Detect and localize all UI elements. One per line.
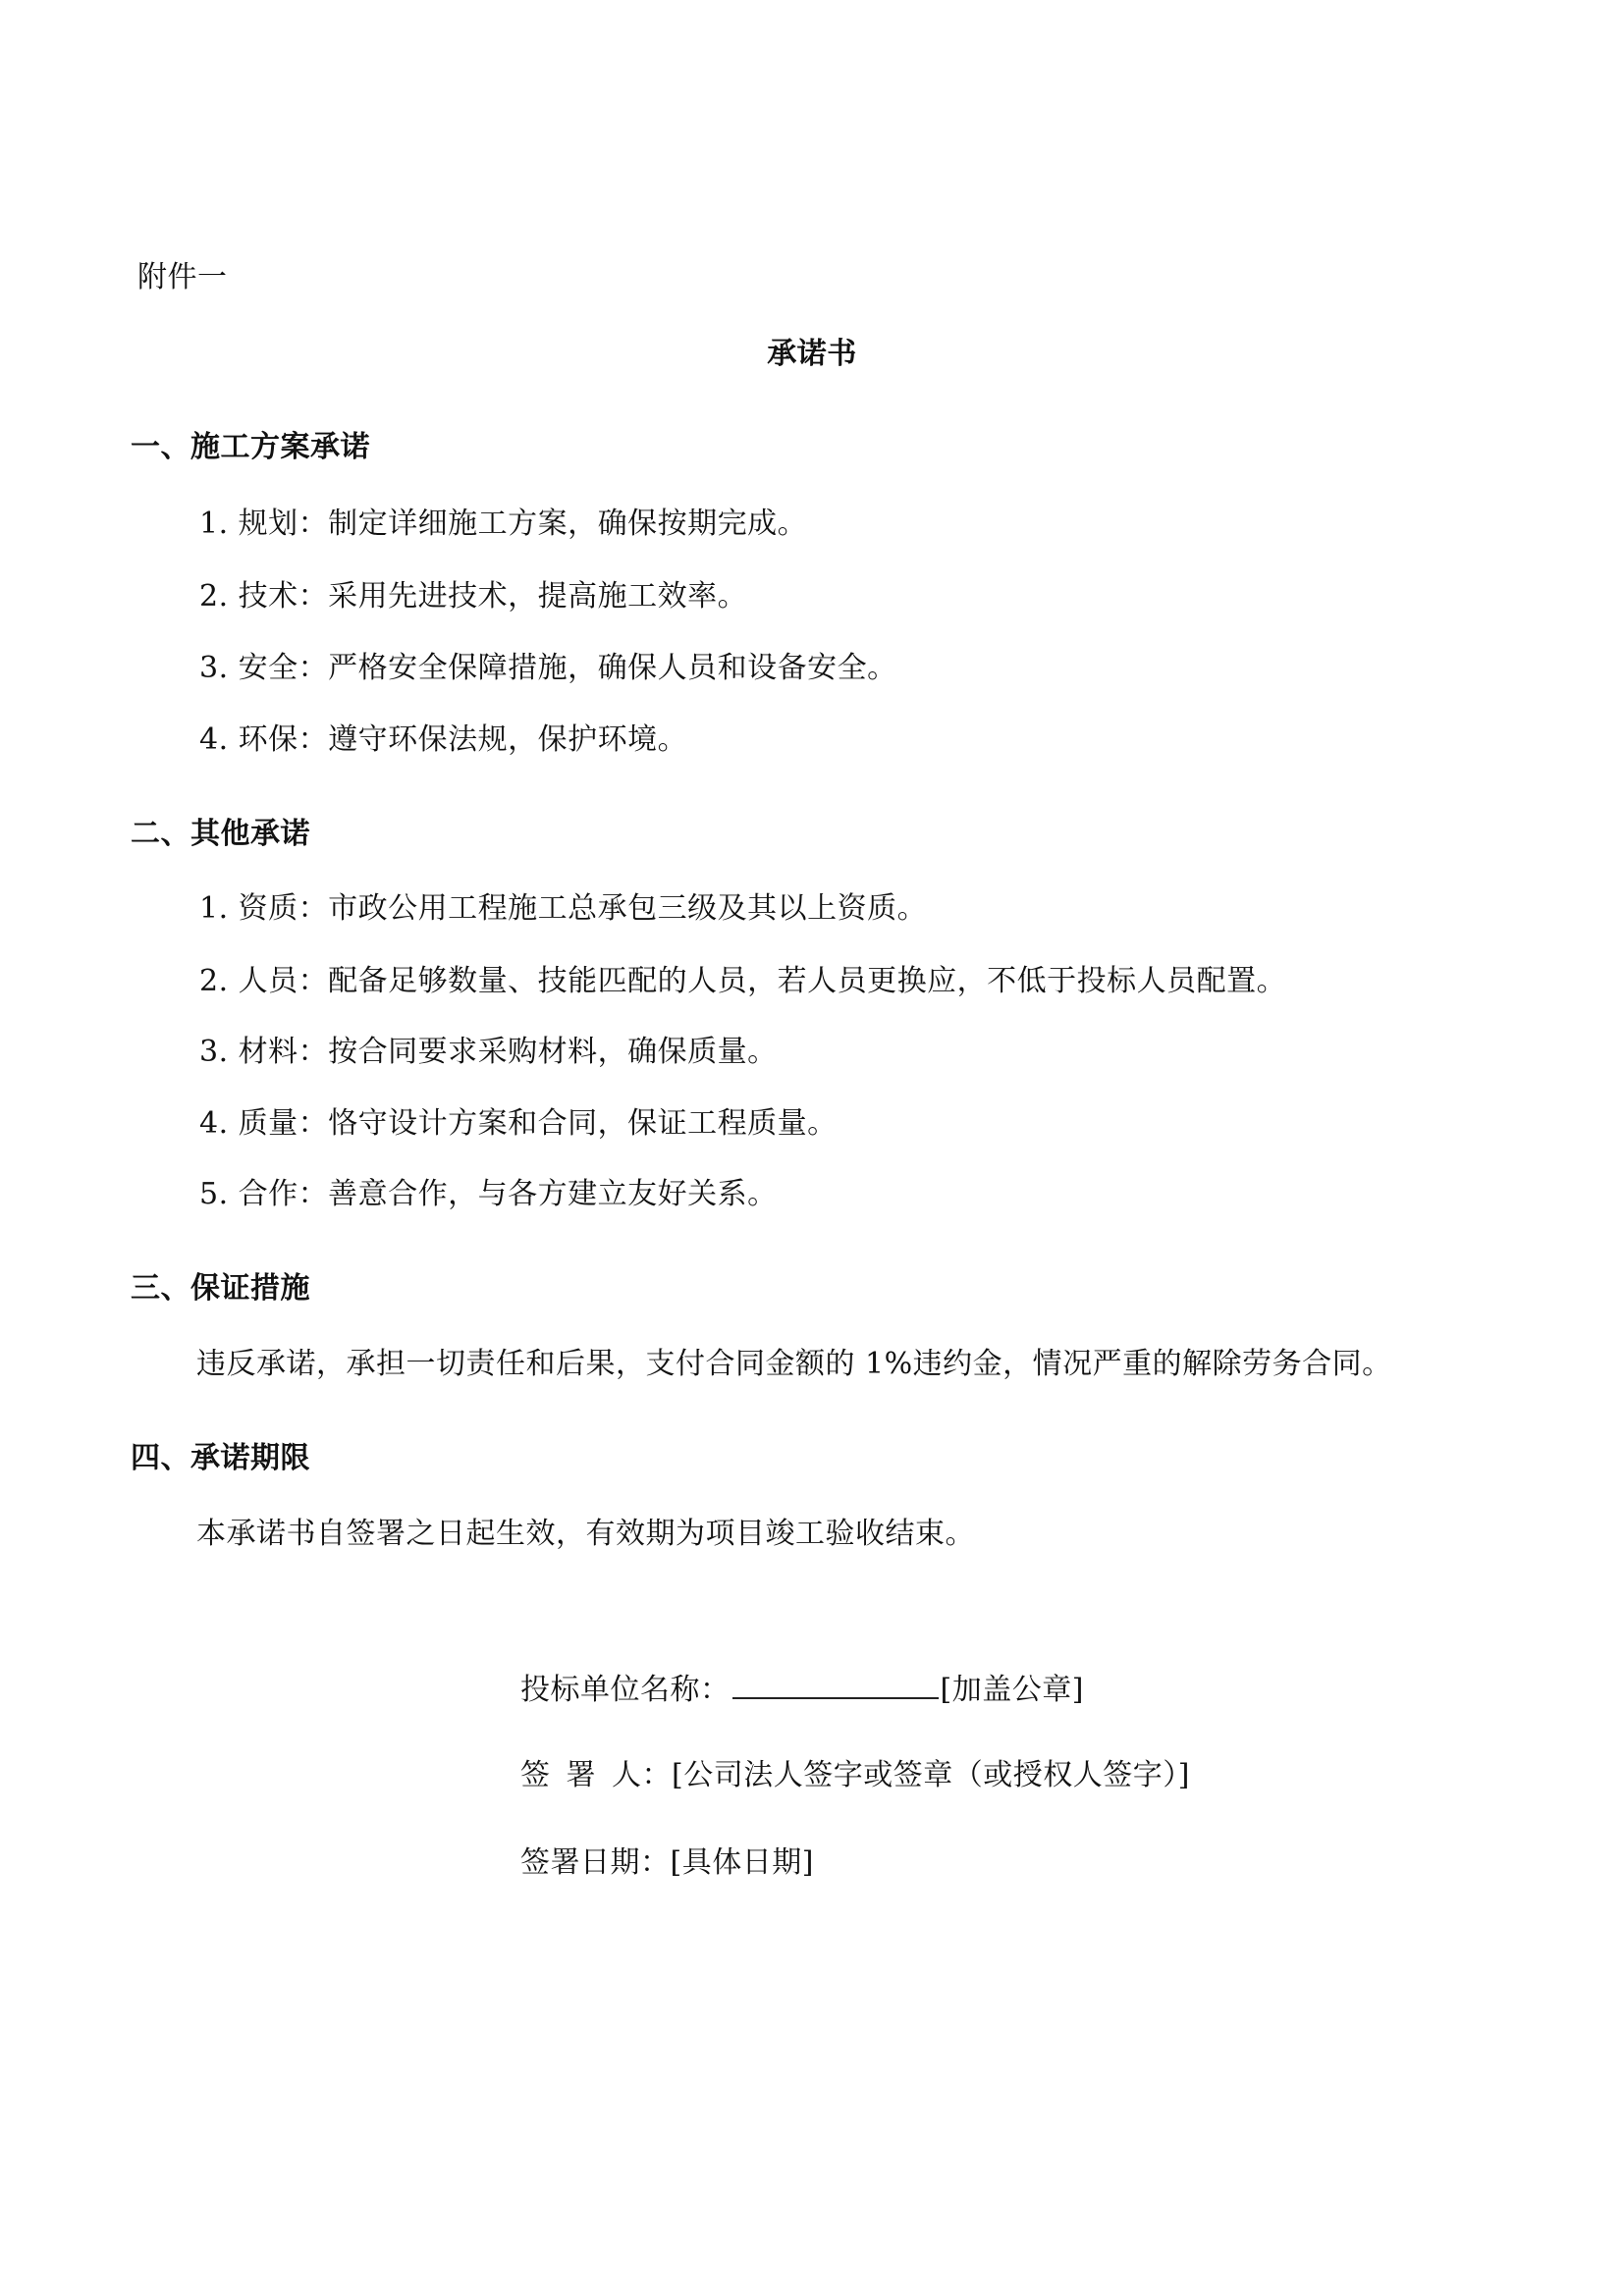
item-number: 5. <box>199 1177 229 1212</box>
company-seal-note: [加盖公章] <box>941 1673 1084 1707</box>
item-text: 质量：恪守设计方案和合同，保证工程质量。 <box>239 1106 838 1141</box>
section-heading-guarantee-measures: 三、保证措施 <box>131 1271 310 1307</box>
item-text: 资质：市政公用工程施工总承包三级及其以上资质。 <box>239 891 928 926</box>
item-text: 环保：遵守环保法规，保护环境。 <box>239 722 688 757</box>
list-item: 1.规划：制定详细施工方案，确保按期完成。 <box>199 507 807 542</box>
section-heading-commitment-period: 四、承诺期限 <box>131 1441 310 1476</box>
item-number: 4. <box>199 1106 229 1142</box>
item-number: 2. <box>199 579 229 614</box>
item-number: 1. <box>199 891 229 927</box>
list-item: 3.材料：按合同要求采购材料，确保质量。 <box>199 1035 778 1070</box>
signer-label-part: 人： <box>612 1758 672 1792</box>
sign-date-label: 签署日期： <box>520 1845 671 1880</box>
signer-row: 签署人：[公司法人签字或签章（或授权人签字）] <box>520 1758 1190 1793</box>
item-number: 3. <box>199 1035 229 1070</box>
item-text: 材料：按合同要求采购材料，确保质量。 <box>239 1035 778 1069</box>
item-text: 人员：配备足够数量、技能匹配的人员，若人员更换应，不低于投标人员配置。 <box>239 964 1287 998</box>
sign-date-row: 签署日期：[具体日期] <box>520 1845 814 1881</box>
item-text: 合作：善意合作，与各方建立友好关系。 <box>239 1177 778 1211</box>
period-paragraph: 本承诺书自签署之日起生效，有效期为项目竣工验收结束。 <box>196 1517 975 1552</box>
list-item: 3.安全：严格安全保障措施，确保人员和设备安全。 <box>199 651 897 686</box>
item-text: 安全：严格安全保障措施，确保人员和设备安全。 <box>239 651 897 685</box>
list-item: 2.技术：采用先进技术，提高施工效率。 <box>199 579 747 614</box>
item-number: 4. <box>199 722 229 758</box>
bidder-name-label: 投标单位名称： <box>520 1673 731 1707</box>
signer-value: [公司法人签字或签章（或授权人签字）] <box>672 1758 1190 1792</box>
list-item: 5.合作：善意合作，与各方建立友好关系。 <box>199 1177 778 1212</box>
document-title: 承诺书 <box>0 337 1624 372</box>
guarantee-paragraph: 违反承诺，承担一切责任和后果，支付合同金额的 1%违约金，情况严重的解除劳务合同… <box>196 1347 1392 1382</box>
signer-label-part: 签 <box>520 1758 551 1792</box>
item-text: 技术：采用先进技术，提高施工效率。 <box>239 579 748 614</box>
list-item: 2.人员：配备足够数量、技能匹配的人员，若人员更换应，不低于投标人员配置。 <box>199 964 1286 999</box>
annex-label: 附件一 <box>137 260 228 295</box>
section-heading-other-commitments: 二、其他承诺 <box>131 817 310 852</box>
bidder-name-blank-field[interactable] <box>732 1670 939 1699</box>
item-number: 2. <box>199 964 229 999</box>
list-item: 4.环保：遵守环保法规，保护环境。 <box>199 722 687 758</box>
item-text: 规划：制定详细施工方案，确保按期完成。 <box>239 507 808 541</box>
document-page: 附件一 承诺书 一、施工方案承诺 1.规划：制定详细施工方案，确保按期完成。 2… <box>0 0 1624 2296</box>
sign-date-value: [具体日期] <box>671 1845 814 1880</box>
item-number: 3. <box>199 651 229 686</box>
section-heading-construction-plan: 一、施工方案承诺 <box>131 430 370 465</box>
item-number: 1. <box>199 507 229 542</box>
list-item: 1.资质：市政公用工程施工总承包三级及其以上资质。 <box>199 891 927 927</box>
list-item: 4.质量：恪守设计方案和合同，保证工程质量。 <box>199 1106 838 1142</box>
signer-label-part: 署 <box>567 1758 597 1792</box>
bidder-name-row: 投标单位名称：[加盖公章] <box>520 1670 1084 1705</box>
